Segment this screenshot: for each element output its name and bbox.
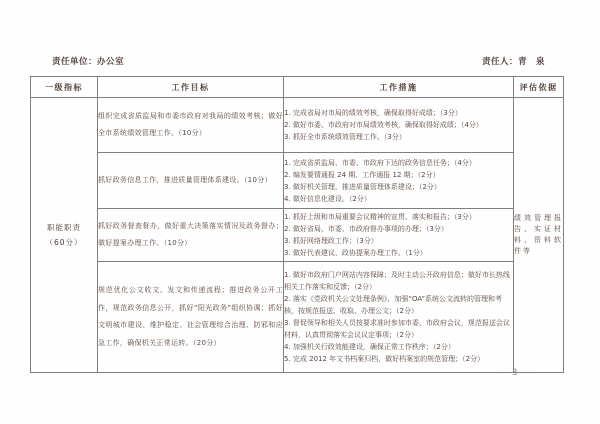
measure-line: 5. 完成 2012 年文书档案归档，做好档案室的规范管理；（2分） <box>284 353 513 365</box>
table-row: 抓好政务信息工作，推进质量管理体系建设。（10分） 1. 完成省质监局、市委、市… <box>31 153 564 209</box>
measures-cell: 1. 完成省局对市局的绩效考核，确保取得好成绩；（3分） 2. 做好市委、市政府… <box>284 98 514 153</box>
goal-cell: 组织完成省质监局和市委市政府对我局的绩效考核；做好全市系统绩效管理工作。（10分… <box>98 98 284 153</box>
measure-line: 1. 做好市政府门户网站内容保障；及时主动公开政府信息；做好市长热线相关工作落实… <box>284 269 513 293</box>
measure-line: 2. 做好省局、市委、市政府督办事项的办理；（3分） <box>284 223 513 235</box>
evaluation-table: 一级指标 工作目标 工作措施 评估依据 职能职责 （60分） 组织完成省质监局和… <box>30 76 564 373</box>
table-row: 规范优化公文收文、发文和传递流程；推进政务公开工作，规范政务信息公开，抓好“阳光… <box>31 262 564 373</box>
page-number: — 3 — <box>498 368 532 378</box>
measure-line: 4. 加强机关行政效能建设，确保正常工作秩序；（2分） <box>284 341 513 353</box>
measures-cell: 1. 抓好上级和市局重要会议精神的宣贯、落实和报告；（3分） 2. 做好省局、市… <box>284 209 514 262</box>
measures-cell: 1. 做好市政府门户网站内容保障；及时主动公开政府信息；做好市长热线相关工作落实… <box>284 262 514 373</box>
measure-line: 2. 落实《党政机关公文处理条例》，加强“OA”系统公文流转的管理和考核，按规范… <box>284 293 513 317</box>
measure-line: 3. 督促领导和相关人员按要求准时参加市委、市政府会议，规范报送会议材料，认真贯… <box>284 317 513 341</box>
measure-line: 1. 完成省局对市局的绩效考核，确保取得好成绩；（3分） <box>284 107 513 119</box>
measure-line: 3. 做好代表建议、政协提案办理工作。（1分） <box>284 247 513 259</box>
column-header-goal: 工作目标 <box>98 77 284 98</box>
document-page: 责任单位：办公室 责任人：青 泉 一级指标 工作目标 工作措施 评估依据 职能职… <box>0 0 600 424</box>
measure-line: 3. 抓好全市系统绩效管理工作。（3分） <box>284 131 513 143</box>
column-header-measures: 工作措施 <box>284 77 514 98</box>
measure-line: 1. 抓好上级和市局重要会议精神的宣贯、落实和报告；（3分） <box>284 211 513 223</box>
measure-line: 4. 做好信息化建设。（2分） <box>284 193 513 205</box>
measure-line: 3. 做好机关管理，推进质量管理体系建设；（2分） <box>284 181 513 193</box>
responsible-unit-label: 责任单位：办公室 <box>52 55 124 67</box>
measures-cell: 1. 完成省质监局、市委、市政府下达的政务信息任务；（4分） 2. 编发要情通报… <box>284 153 514 209</box>
evaluation-basis-cell: 绩效管理报告、实证材料、资料软件等 <box>514 98 564 373</box>
table-header-row: 一级指标 工作目标 工作措施 评估依据 <box>31 77 564 98</box>
table-row: 职能职责 （60分） 组织完成省质监局和市委市政府对我局的绩效考核；做好全市系统… <box>31 98 564 153</box>
indicator-title: 职能职责 <box>31 220 97 235</box>
column-header-basis: 评估依据 <box>514 77 564 98</box>
responsible-person-label: 责任人：青 泉 <box>482 55 545 67</box>
goal-cell: 抓好政务督查督办，做好重大决策落实情况及政务督办；做好提案办理工作。（10分） <box>98 209 284 262</box>
measure-line: 3. 抓好网络理政工作；（3分） <box>284 235 513 247</box>
measure-line: 1. 完成省质监局、市委、市政府下达的政务信息任务；（4分） <box>284 157 513 169</box>
measure-line: 2. 做好市委、市政府对市局绩效考核，确保取得好成绩；（4分） <box>284 119 513 131</box>
goal-cell: 规范优化公文收文、发文和传递流程；推进政务公开工作，规范政务信息公开，抓好“阳光… <box>98 262 284 373</box>
meta-row: 责任单位：办公室 责任人：青 泉 <box>52 55 545 67</box>
indicator-score: （60分） <box>31 235 97 250</box>
measure-line: 2. 编发要情通报 24 期、工作通报 12 期；（2分） <box>284 169 513 181</box>
table-row: 抓好政务督查督办，做好重大决策落实情况及政务督办；做好提案办理工作。（10分） … <box>31 209 564 262</box>
indicator-cell: 职能职责 （60分） <box>31 98 98 373</box>
column-header-indicator: 一级指标 <box>31 77 98 98</box>
goal-cell: 抓好政务信息工作，推进质量管理体系建设。（10分） <box>98 153 284 209</box>
